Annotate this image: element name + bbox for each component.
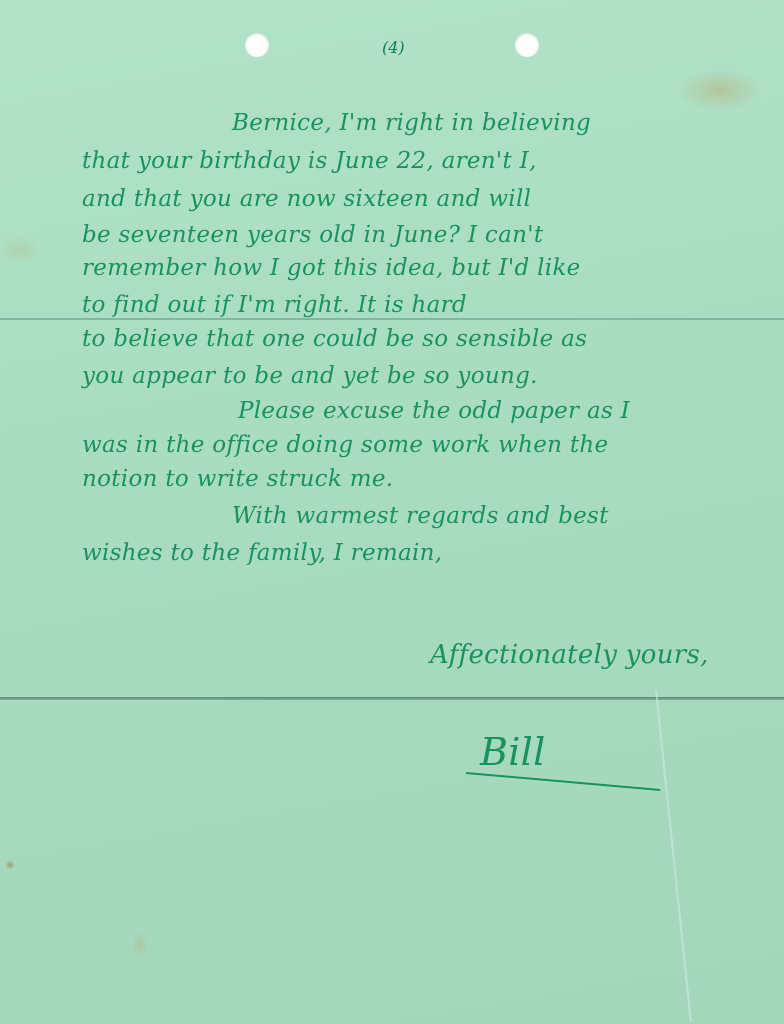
body-line: With warmest regards and best (232, 503, 609, 529)
letter-page: (4) Bernice, I'm right in believing that… (0, 0, 784, 1024)
body-line: that your birthday is June 22, aren't I, (82, 148, 537, 174)
punch-hole-right (515, 33, 539, 57)
page-number: (4) (382, 38, 405, 57)
body-line: to find out if I'm right. It is hard (82, 292, 467, 318)
closing: Affectionately yours, (430, 640, 709, 670)
body-line: wishes to the family, I remain, (82, 540, 442, 566)
body-line: was in the office doing some work when t… (82, 432, 608, 458)
fold-crease-vertical (655, 690, 692, 1022)
signature-underline (466, 772, 660, 791)
fold-crease-upper (0, 318, 784, 320)
signature: Bill (480, 730, 546, 774)
body-line: you appear to be and yet be so young. (82, 363, 538, 389)
body-line: Please excuse the odd paper as I (238, 398, 630, 424)
punch-hole-left (245, 33, 269, 57)
fold-crease-lower (0, 697, 784, 700)
body-line: notion to write struck me. (82, 466, 393, 492)
body-line: Bernice, I'm right in believing (232, 110, 591, 136)
body-line: and that you are now sixteen and will (82, 186, 531, 212)
body-line: to believe that one could be so sensible… (82, 326, 587, 352)
body-line: be seventeen years old in June? I can't (82, 222, 543, 248)
body-line: remember how I got this idea, but I'd li… (82, 255, 581, 281)
